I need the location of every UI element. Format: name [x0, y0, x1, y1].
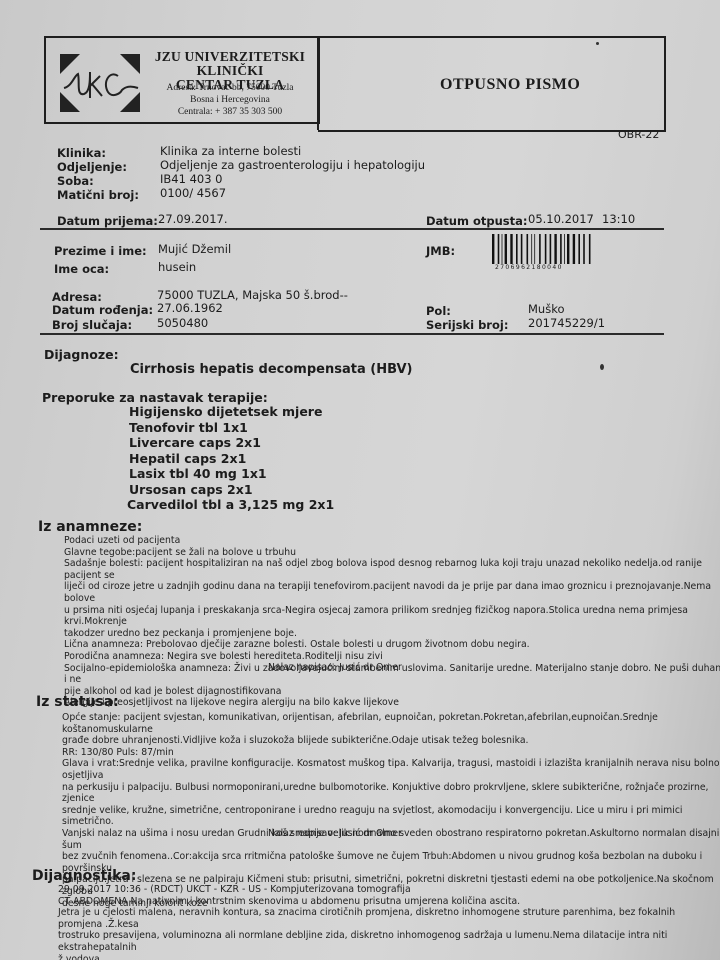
anamnesis-title: Iz anamneze: — [38, 519, 142, 535]
datum-rodjenja-value: 27.06.1962 — [157, 301, 223, 315]
odjeljenje-value: Odjeljenje za gastroenterologiju i hepat… — [160, 158, 425, 172]
status-line: RR: 130/80 Puls: 87/min — [62, 747, 720, 759]
adresa-value: 75000 TUZLA, Majska 50 š.brod-- — [157, 288, 348, 302]
status-line: bez zvučnih fenomena..Cor:akcija srca rr… — [62, 851, 720, 874]
therapy-item: Higijensko dijetetsek mjere — [129, 404, 334, 420]
paper-speck — [600, 364, 604, 370]
therapy-item: Tenofovir tbl 1x1 — [129, 420, 334, 436]
anamnesis-line: liječi od ciroze jetre u zadnjih godinu … — [64, 581, 720, 604]
status-line: Glava i vrat:Srednje velika, pravilne ko… — [62, 758, 720, 781]
divider-line — [40, 228, 664, 230]
pol-value: Muško — [528, 302, 565, 316]
broj-slucaja-label: Broj slučaja: — [52, 318, 132, 332]
diagnostics-line: ž.vodova. — [58, 954, 720, 960]
address-line2: Bosna i Hercegovina — [140, 94, 320, 106]
form-code: OBR-22 — [618, 128, 659, 141]
ime-oca-label: Ime oca: — [54, 262, 109, 276]
therapy-item: Ursosan caps 2x1 — [129, 482, 334, 498]
diagnostics-text: 29.09.2017 10:36 - (RDCT) UKCT - KZR - U… — [58, 884, 720, 960]
therapy-list: Higijensko dijetetsek mjere Tenofovir tb… — [129, 404, 334, 513]
datum-prijema-value: 27.09.2017. — [158, 212, 228, 226]
status-text: Opće stanje: pacijent svjestan, komunika… — [62, 712, 720, 909]
status-line: građe dobre uhranjenosti.Vidljive koža i… — [62, 735, 720, 747]
status-signature: Nalaz napisao: Jusić dr Omer — [268, 828, 402, 839]
status-title: Iz statusa: — [36, 694, 119, 710]
address-line1: Adresa: Trnovac bb, 75000 Tuzla — [140, 82, 320, 94]
ime-oca-value: husein — [158, 260, 196, 274]
divider-line — [40, 333, 664, 335]
jmb-barcode-digits: 2706962180040 — [495, 264, 563, 271]
diagnostics-line: trostruko presavijena, voluminozna ali n… — [58, 930, 720, 953]
anamnesis-line: takodzer uredno bez peckanja i promjenje… — [64, 628, 720, 640]
jmb-label: JMB: — [426, 244, 455, 258]
diagnosis-text: Cirrhosis hepatis decompensata (HBV) — [130, 362, 412, 377]
klinika-value: Klinika za interne bolesti — [160, 144, 301, 158]
anamnesis-line: Porodična anamneza: Negira sve bolesti h… — [64, 651, 720, 663]
maticni-value: 0100/ 4567 — [160, 186, 226, 200]
pol-label: Pol: — [426, 304, 451, 318]
anamnesis-line: Alergije i preosjetljivost na lijekove n… — [64, 697, 720, 709]
prezime-ime-label: Prezime i ime: — [54, 244, 147, 258]
anamnesis-line: u prsima niti osjećaj lupanja i preskaka… — [64, 605, 720, 628]
vrijeme-otpusta-value: 13:10 — [602, 212, 635, 226]
odjeljenje-label: Odjeljenje: — [57, 160, 127, 174]
document-title: OTPUSNO PISMO — [440, 76, 580, 94]
adresa-label: Adresa: — [52, 290, 102, 304]
paper-speck — [596, 42, 599, 45]
serijski-broj-value: 201745229/1 — [528, 316, 605, 330]
therapy-item: Hepatil caps 2x1 — [129, 451, 334, 467]
institution-name-line1: JZU UNIVERZITETSKI KLINIČKI — [140, 50, 320, 78]
anamnesis-text: Podaci uzeti od pacijenta Glavne tegobe:… — [64, 535, 720, 709]
soba-label: Soba: — [57, 174, 94, 188]
status-line: na perkusiju i palpaciju. Bulbusi normop… — [62, 782, 720, 805]
prezime-ime-value: Mujić Džemil — [158, 242, 231, 256]
datum-prijema-label: Datum prijema: — [57, 214, 158, 228]
therapy-title: Preporuke za nastavak terapije: — [42, 390, 268, 405]
status-line: srednje velike, kružne, simetrične, cent… — [62, 805, 720, 828]
datum-rodjenja-label: Datum rođenja: — [52, 303, 153, 317]
institution-address: Adresa: Trnovac bb, 75000 Tuzla Bosna i … — [140, 82, 320, 118]
anamnesis-line: Sadašnje bolesti: pacijent hospitalizira… — [64, 558, 720, 581]
datum-otpusta-value: 05.10.2017 — [528, 212, 594, 226]
anamnesis-line: Glavne tegobe:pacijent se žali na bolove… — [64, 547, 720, 559]
therapy-item: Carvedilol tbl a 3,125 mg 2x1 — [127, 497, 334, 513]
diagnostics-line: CT ABDOMENA Na nativnim i kontrstnim ske… — [58, 896, 720, 908]
diagnostics-line: Jetra je u cjelosti malena, neravnih kon… — [58, 907, 720, 930]
datum-otpusta-label: Datum otpusta: — [426, 214, 528, 228]
broj-slucaja-value: 5050480 — [157, 316, 208, 330]
status-line: Opće stanje: pacijent svjestan, komunika… — [62, 712, 720, 735]
klinika-label: Klinika: — [57, 146, 106, 160]
ukc-logo-icon — [58, 52, 142, 114]
diagnostics-title: Dijagnostika: — [32, 868, 136, 884]
anamnesis-line: Podaci uzeti od pacijenta — [64, 535, 720, 547]
soba-value: IB41 403 0 — [160, 172, 223, 186]
anamnesis-line: pije alkohol od kad je bolest dijagnosti… — [64, 686, 720, 698]
anamnesis-signature: Nalaz napisao: Jusić dr Omer — [268, 662, 402, 673]
diagnoses-title: Dijagnoze: — [44, 347, 119, 362]
therapy-item: Livercare caps 2x1 — [129, 435, 334, 451]
therapy-item: Lasix tbl 40 mg 1x1 — [129, 466, 334, 482]
diagnostics-line: 29.09.2017 10:36 - (RDCT) UKCT - KZR - U… — [58, 884, 720, 896]
address-phone: Centrala: + 387 35 303 500 — [140, 106, 320, 118]
anamnesis-line: Lična anamneza: Prebolovao dječije zaraz… — [64, 639, 720, 651]
serijski-broj-label: Serijski broj: — [426, 318, 508, 332]
maticni-label: Matični broj: — [57, 188, 139, 202]
jmb-barcode-icon — [490, 234, 594, 266]
